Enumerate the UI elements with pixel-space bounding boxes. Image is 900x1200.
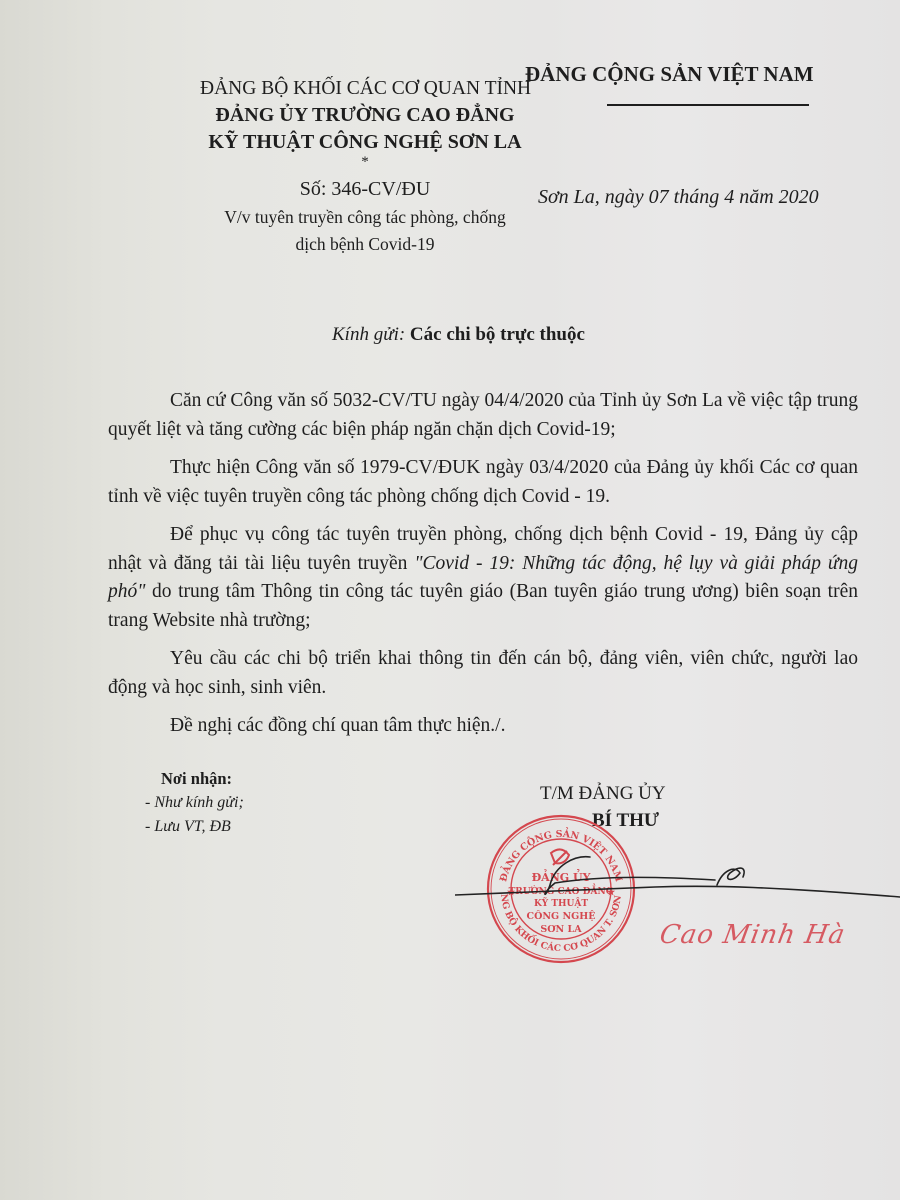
signature-stroke-icon (455, 845, 900, 915)
handwritten-signature (455, 845, 900, 915)
document-body: Căn cứ Công văn số 5032-CV/TU ngày 04/4/… (108, 387, 858, 751)
parent-organization: ĐẢNG BỘ KHỐI CÁC CƠ QUAN TỈNH (200, 75, 530, 102)
star-separator: * (200, 156, 530, 168)
paragraph-purpose: Để phục vụ công tác tuyên truyền phòng, … (108, 521, 858, 635)
party-name-underline (607, 104, 809, 106)
paragraph-closing: Đề nghị các đồng chí quan tâm thực hiện.… (108, 712, 858, 741)
recipient-item: - Lưu VT, ĐB (145, 815, 244, 839)
recipient-item: - Như kính gửi; (145, 791, 244, 815)
document-number: Số: 346-CV/ĐU (200, 174, 530, 204)
recipients-block: Nơi nhận: - Như kính gửi; - Lưu VT, ĐB (145, 767, 244, 839)
issuer-name-line1: ĐẢNG ỦY TRƯỜNG CAO ĐẲNG (200, 102, 530, 129)
party-name: ĐẢNG CỘNG SẢN VIỆT NAM (525, 62, 855, 87)
signer-on-behalf: T/M ĐẢNG ỦY (540, 780, 740, 808)
paragraph-basis: Căn cứ Công văn số 5032-CV/TU ngày 04/4/… (108, 387, 858, 444)
paragraph-request: Yêu cầu các chi bộ triển khai thông tin … (108, 645, 858, 702)
addressee-label: Kính gửi: (332, 324, 405, 345)
svg-text:SƠN LA: SƠN LA (540, 924, 582, 935)
subject-line1: V/v tuyên truyền công tác phòng, chống (200, 204, 530, 231)
subject-line2: dịch bệnh Covid-19 (200, 231, 530, 258)
party-header: ĐẢNG CỘNG SẢN VIỆT NAM Sơn La, ngày 07 t… (525, 62, 855, 87)
signer-name: Cao Minh Hà (657, 920, 847, 950)
issuer-name-line2: KỸ THUẬT CÔNG NGHỆ SƠN LA (200, 129, 530, 156)
paragraph-implementation: Thực hiện Công văn số 1979-CV/ĐUK ngày 0… (108, 454, 858, 511)
paragraph-purpose-text2: do trung tâm Thông tin công tác tuyên gi… (108, 581, 858, 631)
addressee: Kính gửi: Các chi bộ trực thuộc (332, 324, 585, 346)
addressee-value: Các chi bộ trực thuộc (410, 324, 585, 345)
recipients-title: Nơi nhận: (161, 767, 244, 791)
issuer-header: ĐẢNG BỘ KHỐI CÁC CƠ QUAN TỈNH ĐẢNG ỦY TR… (200, 75, 530, 258)
place-date: Sơn La, ngày 07 tháng 4 năm 2020 (538, 186, 819, 209)
